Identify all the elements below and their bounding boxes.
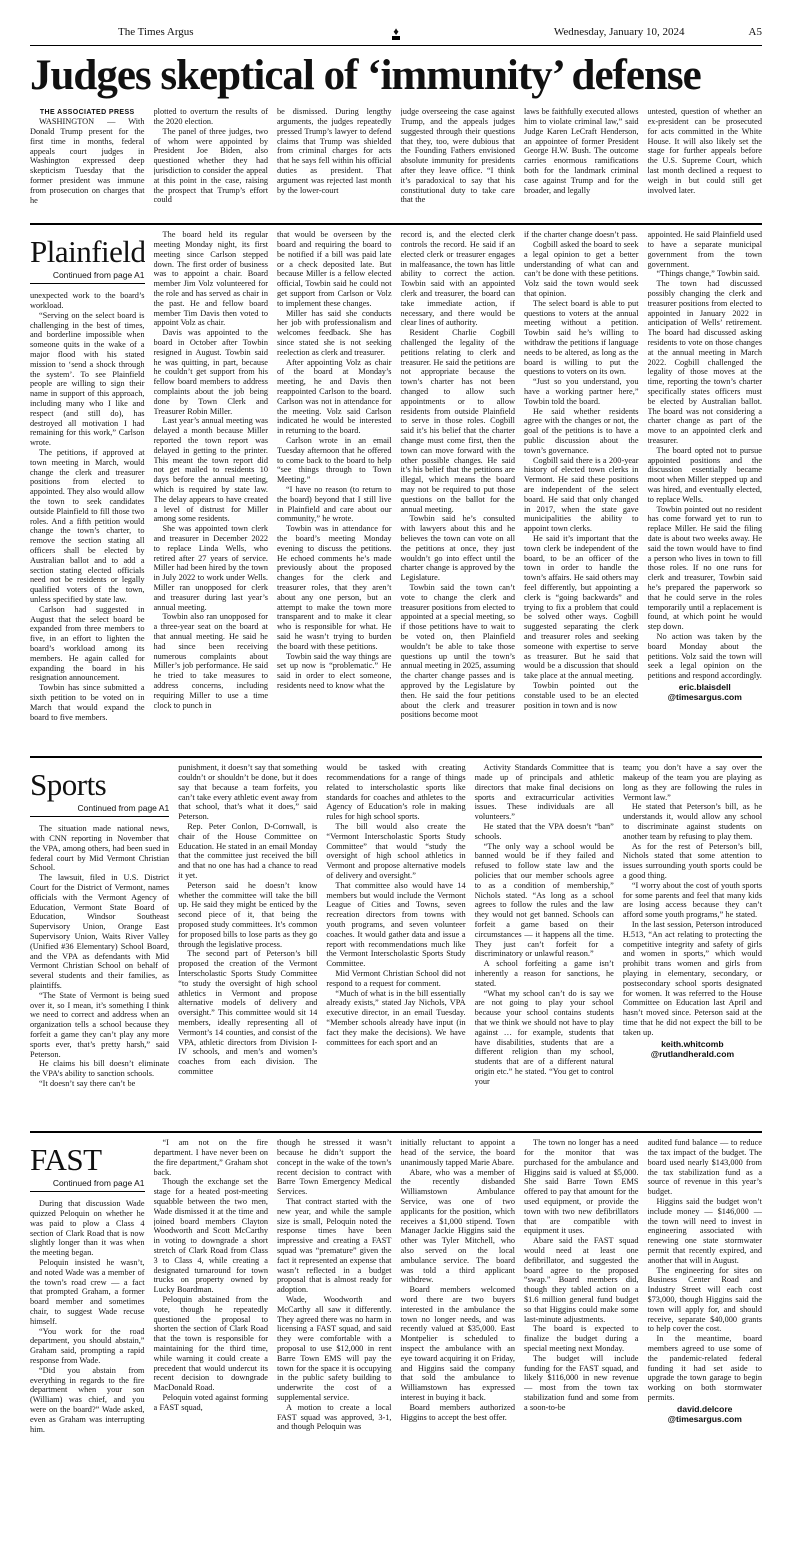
article-column: judge overseeing the case against Trump,… (401, 107, 516, 219)
paragraph: The board held its regular meeting Monda… (154, 230, 269, 328)
article-column: Activity Standards Committee that is mad… (475, 763, 614, 1127)
paragraph: if the charter change doesn’t pass. (524, 230, 639, 240)
paragraph: A school forfeiting a game isn’t inheren… (475, 959, 614, 988)
paragraph: would be tasked with creating recommenda… (326, 763, 465, 822)
article-column: plotted to overturn the results of the 2… (154, 107, 269, 219)
article-column: be dismissed. During lengthy arguments, … (277, 107, 392, 219)
continued-label: Continued from page A1 (30, 270, 145, 280)
paragraph: that would be overseen by the board and … (277, 230, 392, 308)
reporter-email: @timesargus.com (648, 692, 763, 702)
lead-article: THE ASSOCIATED PRESS WASHINGTON — With D… (30, 107, 762, 219)
paragraph: Resident Charlie Cogbill challenged the … (401, 328, 516, 514)
paragraph: initially reluctant to appoint a head of… (401, 1138, 516, 1167)
article-column: initially reluctant to appoint a head of… (401, 1138, 516, 1532)
article-column: untested, question of whether an ex-pres… (648, 107, 763, 219)
article-column: team; you don’t have a say over the make… (623, 763, 762, 1127)
paragraph: “Serving on the select board is challeng… (30, 311, 145, 448)
paragraph: Peloquin voted against forming a FAST sq… (154, 1393, 269, 1413)
article-column: The board held its regular meeting Monda… (154, 230, 269, 752)
article-column: Plainfield Continued from page A1 unexpe… (30, 230, 145, 752)
reporter-signature: eric.blaisdell @timesargus.com (648, 682, 763, 702)
paragraph: “The only way a school would be banned w… (475, 842, 614, 960)
paragraph: “What my school can’t do is say we are n… (475, 989, 614, 1087)
article-column: “I am not on the fire department. I have… (154, 1138, 269, 1532)
paragraph: The panel of three judges, two of whom w… (154, 127, 269, 205)
paragraph: He claims his bill doesn’t eliminate the… (30, 1059, 169, 1079)
masthead-ornament-icon: ♦ (389, 28, 403, 40)
paragraph: The lawsuit, filed in U.S. District Cour… (30, 873, 169, 991)
paragraph: unexpected work to the board’s workload. (30, 291, 145, 311)
lead-headline: Judges skeptical of ‘immunity’ defense (30, 52, 762, 99)
reporter-email: @timesargus.com (648, 1414, 763, 1424)
article-column: punishment, it doesn’t say that somethin… (178, 763, 317, 1127)
paragraph: “I am not on the fire department. I have… (154, 1138, 269, 1177)
issue-date: Wednesday, January 10, 2024 (554, 26, 685, 38)
paragraph: In the last session, Peterson introduced… (623, 920, 762, 1038)
column-text: audited fund balance — to reduce the tax… (648, 1138, 763, 1403)
paragraph: Towbin said the town can’t vote to chang… (401, 583, 516, 720)
paragraph: As for the rest of Peterson’s bill, Nich… (623, 842, 762, 881)
paragraph: Towbin has since submitted a sixth petit… (30, 683, 145, 722)
paragraph: plotted to overturn the results of the 2… (154, 107, 269, 127)
section-divider (30, 1131, 762, 1133)
paragraph: The budget will include funding for the … (524, 1354, 639, 1413)
article-column: would be tasked with creating recommenda… (326, 763, 465, 1127)
paragraph: “I have no reason (to return to the boar… (277, 485, 392, 524)
article-column: laws be faithfully executed allows him t… (524, 107, 639, 219)
column-text: appointed. He said Plainfield used to ha… (648, 230, 763, 681)
column-text: team; you don’t have a say over the make… (623, 763, 762, 1037)
paragraph: The board is expected to finalize the bu… (524, 1324, 639, 1353)
paragraph: “I worry about the cost of youth sports … (623, 881, 762, 920)
article-column: FAST Continued from page A1 During that … (30, 1138, 145, 1532)
column-text: unexpected work to the board’s workload.… (30, 291, 145, 722)
paragraph: That contract started with the new year,… (277, 1197, 392, 1295)
paragraph: “Things change,” Towbin said. (648, 269, 763, 279)
paragraph: The select board is able to put question… (524, 299, 639, 377)
paragraph: “The State of Vermont is being sued over… (30, 991, 169, 1060)
paragraph: He said it’s important that the town cle… (524, 534, 639, 681)
jump-head-rule (30, 816, 169, 817)
paragraph: During that discussion Wade quizzed Pelo… (30, 1199, 145, 1258)
paragraph: Towbin pointed out no resident has come … (648, 505, 763, 632)
paragraph: laws be faithfully executed allows him t… (524, 107, 639, 195)
article-column: appointed. He said Plainfield used to ha… (648, 230, 763, 752)
reporter-signature: david.delcore @timesargus.com (648, 1404, 763, 1424)
jump-head-rule (30, 1191, 145, 1192)
paragraph: She was appointed town clerk and treasur… (154, 524, 269, 612)
paragraph: Towbin said he’s consulted with lawyers … (401, 514, 516, 583)
article-column: The town no longer has a need for the mo… (524, 1138, 639, 1532)
column-text: The situation made national news, with C… (30, 824, 169, 1089)
paragraph: Abare, who was a member of the recently … (401, 1168, 516, 1286)
continued-label: Continued from page A1 (30, 1178, 145, 1188)
paragraph: The second part of Peterson’s bill propo… (178, 949, 317, 1076)
jump-head: Plainfield Continued from page A1 (30, 236, 145, 284)
paragraph: Wade, Woodworth and McCarthy all saw it … (277, 1295, 392, 1403)
paragraph: “You work for the road department, you s… (30, 1327, 145, 1366)
paragraph: He stated that Peterson’s bill, as he un… (623, 802, 762, 841)
paragraph: He stated that the VPA doesn’t “ban” sch… (475, 822, 614, 842)
reporter-email: @rutlandherald.com (623, 1049, 762, 1059)
paragraph: untested, question of whether an ex-pres… (648, 107, 763, 195)
paragraph: Though the exchange set the stage for a … (154, 1177, 269, 1295)
section-divider (30, 756, 762, 758)
paragraph: though he stressed it wasn’t because he … (277, 1138, 392, 1197)
paragraph: Activity Standards Committee that is mad… (475, 763, 614, 822)
paragraph: appointed. He said Plainfield used to ha… (648, 230, 763, 269)
paragraph: Peterson said he doesn’t know whether th… (178, 881, 317, 950)
paragraph: That committee also would have 14 member… (326, 881, 465, 969)
paragraph: “Did you abstain from everything in rega… (30, 1366, 145, 1435)
masthead-rule (30, 45, 762, 46)
fast-article: FAST Continued from page A1 During that … (30, 1138, 762, 1532)
article-column: THE ASSOCIATED PRESS WASHINGTON — With D… (30, 107, 145, 219)
paragraph: Towbin pointed out the constable used to… (524, 681, 639, 710)
column-text: During that discussion Wade quizzed Pelo… (30, 1199, 145, 1434)
paragraph: audited fund balance — to reduce the tax… (648, 1138, 763, 1197)
paragraph: record is, and the elected clerk control… (401, 230, 516, 328)
paragraph: be dismissed. During lengthy arguments, … (277, 107, 392, 195)
section-divider (30, 223, 762, 225)
reporter-name: eric.blaisdell (648, 682, 763, 692)
paragraph: Rep. Peter Conlon, D-Cornwall, is chair … (178, 822, 317, 881)
paragraph: team; you don’t have a say over the make… (623, 763, 762, 802)
reporter-signature: keith.whitcomb @rutlandherald.com (623, 1039, 762, 1059)
paragraph: Cogbill said there is a 200-year history… (524, 456, 639, 534)
paragraph: Carlson had suggested in August that the… (30, 605, 145, 683)
paragraph: “It doesn’t say there can’t be (30, 1079, 169, 1089)
paragraph: He said whether residents agree with the… (524, 407, 639, 456)
paragraph: Abare said the FAST squad would need at … (524, 1236, 639, 1324)
paragraph: Board members welcomed word there are tw… (401, 1285, 516, 1403)
reporter-name: david.delcore (648, 1404, 763, 1414)
paragraph: Last year’s annual meeting was delayed a… (154, 416, 269, 524)
paragraph: The situation made national news, with C… (30, 824, 169, 873)
section-title: Sports (30, 769, 169, 801)
paragraph: No action was taken by the board Monday … (648, 632, 763, 681)
paragraph: The board opted not to pursue appointed … (648, 446, 763, 505)
article-column: Sports Continued from page A1 The situat… (30, 763, 169, 1127)
masthead: The Times Argus ♦ Wednesday, January 10,… (30, 26, 762, 44)
paragraph: Towbin was in attendance for the board’s… (277, 524, 392, 651)
section-title: Plainfield (30, 236, 145, 268)
paragraph: A motion to create a local FAST squad wa… (277, 1403, 392, 1432)
paragraph: Peloquin abstained from the vote, though… (154, 1295, 269, 1393)
paragraph: Mid Vermont Christian School did not res… (326, 969, 465, 989)
paragraph: “Just so you understand, you have a work… (524, 377, 639, 406)
paragraph: The petitions, if approved at town meeti… (30, 448, 145, 605)
continued-label: Continued from page A1 (30, 803, 169, 813)
paragraph: punishment, it doesn’t say that somethin… (178, 763, 317, 822)
plainfield-article: Plainfield Continued from page A1 unexpe… (30, 230, 762, 752)
paragraph: Carlson wrote in an email Tuesday aftern… (277, 436, 392, 485)
reporter-name: keith.whitcomb (623, 1039, 762, 1049)
paragraph: Peloquin insisted he wasn’t, and noted W… (30, 1258, 145, 1327)
paragraph: In the meantime, board members agreed to… (648, 1334, 763, 1403)
paragraph: WASHINGTON — With Donald Trump present f… (30, 117, 145, 205)
jump-head: FAST Continued from page A1 (30, 1144, 145, 1192)
paragraph: The bill would also create the “Vermont … (326, 822, 465, 881)
paragraph: The town had discussed possibly changing… (648, 279, 763, 446)
paper-name: The Times Argus (30, 26, 389, 38)
article-column: record is, and the elected clerk control… (401, 230, 516, 752)
paragraph: After appointing Volz as chair of the bo… (277, 358, 392, 436)
paragraph: Higgins said the budget won’t include mo… (648, 1197, 763, 1266)
paragraph: Board members authorized Higgins to acce… (401, 1403, 516, 1423)
paragraph: Towbin also ran unopposed for a three-ye… (154, 612, 269, 710)
newspaper-page: The Times Argus ♦ Wednesday, January 10,… (0, 0, 792, 1548)
paragraph: “Much of what is in the bill essentially… (326, 989, 465, 1048)
jump-head: Sports Continued from page A1 (30, 769, 169, 817)
byline: THE ASSOCIATED PRESS (30, 109, 145, 116)
page-number: A5 (749, 26, 762, 38)
section-title: FAST (30, 1144, 145, 1176)
article-column: that would be overseen by the board and … (277, 230, 392, 752)
column-text: WASHINGTON — With Donald Trump present f… (30, 117, 145, 205)
article-column: audited fund balance — to reduce the tax… (648, 1138, 763, 1532)
paragraph: Towbin said the way things are set up no… (277, 652, 392, 691)
paragraph: Cogbill asked the board to seek a legal … (524, 240, 639, 299)
sports-article: Sports Continued from page A1 The situat… (30, 763, 762, 1127)
paragraph: judge overseeing the case against Trump,… (401, 107, 516, 205)
article-column: if the charter change doesn’t pass.Cogbi… (524, 230, 639, 752)
paragraph: Miller has said she conducts her job wit… (277, 309, 392, 358)
paragraph: The town no longer has a need for the mo… (524, 1138, 639, 1236)
article-column: though he stressed it wasn’t because he … (277, 1138, 392, 1532)
jump-head-rule (30, 283, 145, 284)
paragraph: The engineering for sites on Business Ce… (648, 1266, 763, 1335)
paragraph: Davis was appointed to the board in Octo… (154, 328, 269, 416)
